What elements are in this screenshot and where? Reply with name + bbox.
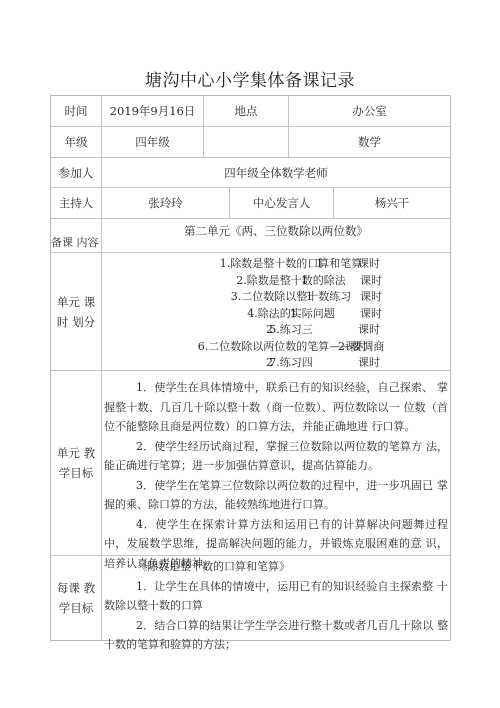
- content-value: 第二单元《两、三位数除以两位数》: [102, 219, 450, 252]
- schedule-item: 1.除数是整十数的口算和笔算 1 课时: [132, 256, 450, 273]
- schedule-item: 4.除法的实际问题 1 课时: [132, 306, 450, 323]
- unit-goal-item: 3．使学生在笔算三位数除以两位数的过程中，进一步巩固已 掌握的乘、除口算的方法，…: [104, 476, 448, 515]
- row-unit-goals: 单元 教学目标 1．使学生在具体情境中，联系已有的知识经验，自己探索、 掌握整十…: [51, 371, 450, 556]
- row-schedule: 单元 课时 划分 1.除数是整十数的口算和笔算 1 课时 2.除数是整十数的除法…: [51, 253, 450, 371]
- row-time: 时间 2019年9月16日 地点 办公室: [51, 96, 450, 127]
- host-value: 张玲玲: [102, 188, 230, 218]
- grade-value: 四年级: [102, 127, 204, 157]
- participants-value: 四年级全体数学老师: [102, 158, 450, 187]
- subject-value: 数学: [289, 127, 450, 157]
- participants-label: 参加人: [51, 158, 102, 187]
- lesson-goal-item: 1．让学生在具体的情境中，运用已有的知识经验自主探索整 十数除以整十数的口算: [104, 577, 448, 616]
- place-label: 地点: [204, 96, 289, 126]
- page-title: 塘沟中心小学集体备课记录: [0, 66, 500, 91]
- time-label: 时间: [51, 96, 102, 126]
- schedule-item: 2.除数是整十数的除法 1 课时: [132, 273, 450, 290]
- lesson-goal-item: 2．结合口算的结果让学生学会进行整十数或者几百几十除以 整十数的笔算和验算的方法…: [104, 616, 448, 655]
- lesson-goals-label: 每课 教学目标: [51, 556, 102, 640]
- speaker-label: 中心发言人: [230, 188, 334, 218]
- row-host: 主持人 张玲玲 中心发言人 杨兴干: [51, 188, 450, 219]
- row-lesson-goals: 每课 教学目标 《除数是整十数的口算和笔算》 1．让学生在具体的情境中，运用已有…: [51, 556, 450, 640]
- unit-goal-item: 1．使学生在具体情境中，联系已有的知识经验，自己探索、 掌握整十数、几百几十除以…: [104, 378, 448, 437]
- unit-goals-text: 1．使学生在具体情境中，联系已有的知识经验，自己探索、 掌握整十数、几百几十除以…: [102, 371, 450, 555]
- row-content: 备课 内容 第二单元《两、三位数除以两位数》: [51, 219, 450, 253]
- schedule-label: 单元 课时 划分: [51, 253, 102, 370]
- lesson-title: 《除数是整十数的口算和笔算》: [104, 557, 448, 577]
- grade-label: 年级: [51, 127, 102, 157]
- lesson-prep-table: 时间 2019年9月16日 地点 办公室 年级 四年级 数学 参加人 四年级全体…: [50, 95, 451, 641]
- grade-blank: [204, 127, 289, 157]
- schedule-item: 6.二位数除以两位数的笔算——要调商 2 课时: [132, 339, 450, 356]
- time-value: 2019年9月16日: [102, 96, 204, 126]
- schedule-item: 3.二位数除以整十数练习 1 课时: [132, 289, 450, 306]
- schedule-item: 5.练习三 2 课时: [132, 322, 450, 339]
- row-grade: 年级 四年级 数学: [51, 127, 450, 158]
- schedule-item: 7.练习四 2 课时: [132, 355, 450, 372]
- row-participants: 参加人 四年级全体数学老师: [51, 158, 450, 188]
- lesson-goals-text: 《除数是整十数的口算和笔算》 1．让学生在具体的情境中，运用已有的知识经验自主探…: [102, 556, 450, 640]
- schedule-list: 1.除数是整十数的口算和笔算 1 课时 2.除数是整十数的除法 1 课时 3.二…: [102, 253, 450, 370]
- content-label: 备课 内容: [51, 219, 102, 252]
- speaker-value: 杨兴干: [334, 188, 450, 218]
- place-value: 办公室: [289, 96, 450, 126]
- host-label: 主持人: [51, 188, 102, 218]
- unit-goals-label: 单元 教学目标: [51, 371, 102, 555]
- unit-goal-item: 2．使学生经历试商过程，掌握三位数除以两位数的笔算方 法，能正确进行笔算；进一步…: [104, 437, 448, 476]
